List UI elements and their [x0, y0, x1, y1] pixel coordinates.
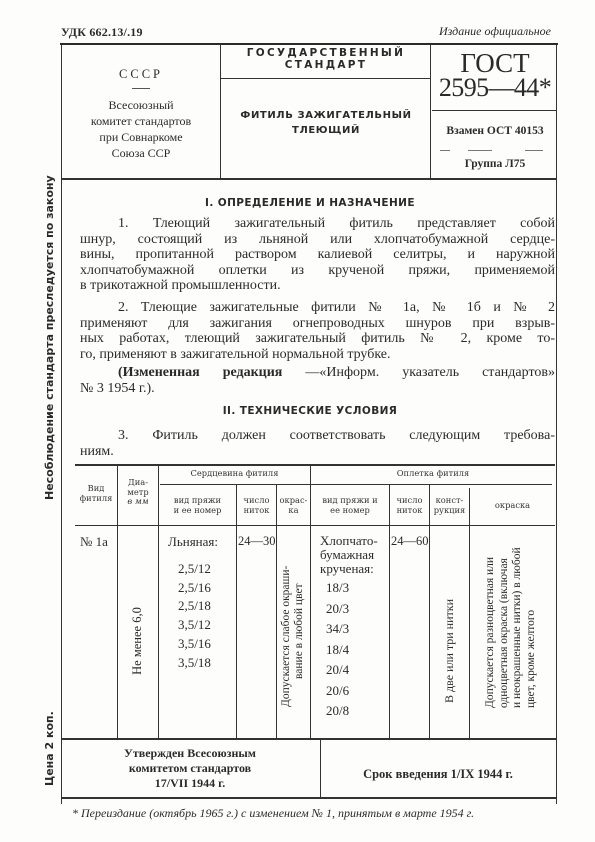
- cell-braid-color: Допускается разноцветная или одноцветная…: [484, 548, 540, 708]
- committee-name: Всесоюзный комитет стандартов при Совнар…: [62, 97, 220, 161]
- paragraph-2: 2. Тлеющие зажигательные фитили № 1а, № …: [80, 300, 555, 362]
- cell-braid-construction: В две или три нитки: [443, 573, 457, 703]
- cell-braid-threads: 24—60: [391, 534, 429, 549]
- standard-type: ГОСУДАРСТВЕННЫЙ СТАНДАРТ: [222, 44, 430, 71]
- ussr-dash: [132, 88, 150, 89]
- introduction-date: Срок введения 1/IX 1944 г.: [320, 767, 556, 782]
- dash-decor: [525, 150, 543, 151]
- approval-note: Утвержден Всесоюзным комитетом стандарто…: [62, 746, 318, 791]
- law-notice: Несоблюдение стандарта преследуется по з…: [43, 175, 56, 500]
- cell-core-threads: 24—30: [238, 534, 276, 549]
- header-core-threads: число ниток: [237, 496, 276, 515]
- header-braid-threads: число ниток: [390, 496, 429, 515]
- divider-standard-type: [221, 78, 430, 79]
- gost-number: 2595—44*: [432, 76, 558, 100]
- price-label: Цена 2 коп.: [43, 711, 56, 786]
- header-bottom-line: [62, 178, 557, 180]
- gost-identifier: ГОСТ 2595—44*: [432, 46, 558, 100]
- cell-diameter: Не менее 6,0: [131, 591, 145, 691]
- cell-type: № 1а: [80, 534, 108, 550]
- header-core-yarn: вид пряжи и ее номер: [159, 496, 236, 515]
- header-core-group: Сердцевина фитиля: [159, 469, 310, 479]
- udk-code: УДК 662.13/.19: [61, 25, 143, 40]
- paragraph-3: 3. Фитиль должен соответствовать следующ…: [80, 428, 555, 459]
- col-divider: [429, 485, 430, 738]
- edition-label: Издание официальное: [439, 24, 551, 39]
- cell-braid-yarn-label: Хлопчато- бумажная крученая:: [320, 534, 378, 576]
- cell-core-color: Допускается слабое окраши- вание в любой…: [280, 557, 308, 707]
- table-header-bottom-line: [75, 525, 555, 526]
- cell-core-yarn-numbers: 2,5/12 2,5/16 2,5/18 3,5/12 3,5/16 3,5/1…: [178, 560, 211, 672]
- table-top-line: [75, 464, 555, 466]
- ussr-title: СССР: [62, 67, 220, 82]
- reissue-footnote: * Переиздание (октябрь 1965 г.) с измене…: [72, 806, 562, 821]
- paragraph-1: 1. Тлеющий зажигательный фитиль представ…: [80, 216, 555, 294]
- dash-decor: [468, 150, 492, 151]
- table-bottom-line: [62, 738, 557, 740]
- col-divider: [236, 485, 237, 738]
- document-title: ФИТИЛЬ ЗАЖИГАТЕЛЬНЫЙ ТЛЕЮЩИЙ: [222, 108, 430, 138]
- amendment-note: (Измененная редакция —«Информ. указатель…: [80, 365, 555, 396]
- cell-core-yarn-label: Льняная:: [168, 534, 218, 550]
- frame-left-line-body: [61, 178, 62, 804]
- header-braid-color: окраска: [470, 501, 555, 511]
- header-braid-construction: конст- рукция: [430, 496, 469, 515]
- cell-braid-yarn-numbers: 18/3 20/3 34/3 18/4 20/4 20/6 20/8: [326, 578, 349, 722]
- ussr-committee-block: СССР Всесоюзный комитет стандартов при С…: [62, 45, 220, 175]
- header-diameter: Диа- метр в мм: [118, 478, 158, 507]
- col-divider: [469, 488, 470, 738]
- header-type: Вид фитиля: [75, 484, 117, 503]
- section-1-heading: I. ОПРЕДЕЛЕНИЕ И НАЗНАЧЕНИЕ: [62, 197, 558, 209]
- table-group-line: [160, 484, 552, 485]
- header-core-color: окрас- ка: [277, 496, 310, 515]
- header-braid-yarn: вид пряжи и ее номер: [311, 496, 389, 515]
- header-braid-group: Оплетка фитиля: [311, 469, 555, 479]
- footer-bottom-line: [62, 797, 557, 799]
- col-divider: [389, 485, 390, 738]
- col-divider: [276, 485, 277, 738]
- divider-gost-number: [432, 110, 556, 111]
- dash-decor: [440, 150, 450, 151]
- classification-group: Группа Л75: [432, 158, 558, 170]
- replaces-standard: Взамен ОСТ 40153: [432, 125, 558, 137]
- section-2-heading: II. ТЕХНИЧЕСКИЕ УСЛОВИЯ: [62, 405, 558, 417]
